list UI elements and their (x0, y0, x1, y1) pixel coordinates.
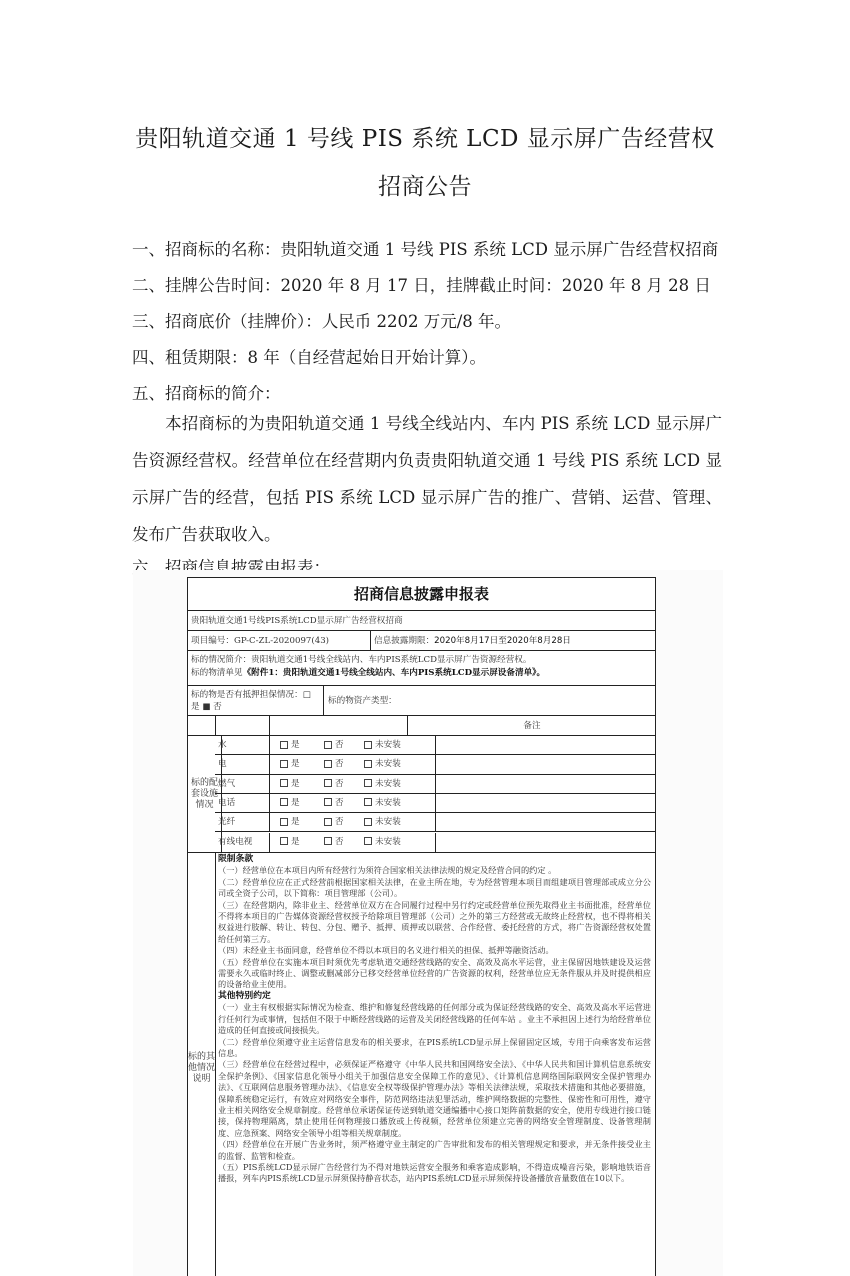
facility-row-fiber: 光纤 是 否 未安装 (215, 813, 655, 832)
facility-row-phone: 电话 是 否 未安装 (215, 794, 655, 813)
other-conditions-label-cell: 标的其他情况说明 (188, 852, 216, 1276)
form-remarks-header: 备注 (409, 716, 655, 736)
special-5: （五）PIS系统LCD显示屏广告经营行为不得对地铁运营安全服务和乘客造成影响，不… (218, 1162, 651, 1185)
facility-row-gas: 燃气 是 否 未安装 (215, 775, 655, 794)
checkbox-not-installed[interactable] (364, 818, 372, 826)
checkbox-no[interactable] (324, 779, 332, 787)
checkbox-yes[interactable] (280, 798, 288, 806)
facility-row-cable-tv: 有线电视 是 否 未安装 (215, 833, 655, 852)
checkbox-not-installed[interactable] (364, 837, 372, 845)
facility-row-electricity: 电 是 否 未安装 (215, 755, 655, 774)
item-name: 一、招商标的名称：贵阳轨道交通 1 号线 PIS 系统 LCD 显示屏广告经营权… (132, 236, 718, 260)
special-4: （四）经营单位在开展广告业务时，须严格遵守业主制定的广告审批和发布的相关管理规定… (218, 1139, 651, 1162)
other-conditions-block: 标的其他情况说明 限制条款 （一）经营单位在本项目内所有经营行为须符合国家相关法… (188, 852, 655, 1276)
form-intro-line2: 标的物清单见《附件1：贵阳轨道交通1号线全线站内、车内PIS系统LCD显示屏设备… (191, 667, 652, 680)
special-1: （一）业主有权根据实际情况为检查、维护和修复经营线路的任何部分或为保证经营线路的… (218, 1002, 651, 1036)
special-2: （二）经营单位须遵守业主运营信息发布的相关要求，在PIS系统LCD显示屏上保留固… (218, 1037, 651, 1060)
form-facility-header-row: 备注 (188, 716, 655, 736)
checkbox-yes[interactable] (280, 741, 288, 749)
form-mortgage-row: 标的物是否有抵押担保情况：□ 是 ■ 否 标的物资产类型： (188, 686, 655, 716)
restriction-2: （二）经营单位应在正式经营前根据国家相关法律，在业主所在地，专为经营管理本项目而… (218, 877, 651, 900)
form-mortgage-status: 标的物是否有抵押担保情况：□ 是 ■ 否 (191, 689, 319, 713)
checkbox-no[interactable] (324, 837, 332, 845)
document-subtitle: 招商公告 (0, 168, 850, 201)
item-base-price: 三、招商底价（挂牌价）：人民币 2202 万元/8 年。 (132, 308, 511, 332)
form-disclosure-period: 信息披露期限：2020年8月17日至2020年8月28日 (370, 631, 571, 650)
form-project-code: 项目编号：GP-C-ZL-2020097(43) (191, 631, 329, 651)
checkbox-not-installed[interactable] (364, 760, 372, 768)
checkbox-yes[interactable] (280, 837, 288, 845)
restrictions-heading: 限制条款 (218, 854, 651, 865)
special-heading: 其他特别约定 (218, 991, 651, 1002)
facility-row-water: 水 是 否 未安装 (215, 736, 655, 755)
checkbox-yes[interactable] (280, 818, 288, 826)
checkbox-no[interactable] (324, 741, 332, 749)
other-conditions-label: 标的其他情况说明 (188, 1052, 215, 1085)
document-title: 贵阳轨道交通 1 号线 PIS 系统 LCD 显示屏广告经营权 (0, 120, 850, 153)
restriction-1: （一）经营单位在本项目内所有经营行为须符合国家相关法律法规的规定及经营合同的约定… (218, 865, 651, 876)
checkbox-no[interactable] (324, 760, 332, 768)
restriction-4: （四）未经业主书面同意，经营单位不得以本项目的名义进行相关的担保、抵押等融资活动… (218, 945, 651, 956)
form-title: 招商信息披露申报表 (188, 578, 655, 611)
form-code-row: 项目编号：GP-C-ZL-2020097(43) 信息披露期限：2020年8月1… (188, 631, 655, 651)
form-project-name: 贵阳轨道交通1号线PIS系统LCD显示屏广告经营权招商 (188, 611, 655, 631)
item-intro-heading: 五、招商标的简介： (132, 380, 281, 404)
facilities-block: 标的配套设施情况 水 是 否 未安装 电 是 否 未安装 燃气 是 否 未安装 (188, 736, 655, 853)
checkbox-yes[interactable] (280, 760, 288, 768)
special-3: （三）经营单位在经营过程中，必须保证严格遵守《中华人民共和国网络安全法》、《中华… (218, 1059, 651, 1139)
checkbox-yes[interactable] (280, 779, 288, 787)
restriction-5: （五）经营单位在实施本项目时须优先考虑轨道交通经营线路的安全、高效及高水平运营，… (218, 957, 651, 991)
intro-paragraph: 本招商标的为贵阳轨道交通 1 号线全线站内、车内 PIS 系统 LCD 显示屏广… (132, 405, 722, 553)
item-listing-time: 二、挂牌公告时间：2020 年 8 月 17 日，挂牌截止时间：2020 年 8… (132, 272, 711, 296)
checkbox-no[interactable] (324, 798, 332, 806)
restriction-3: （三）在经营期内，除非业主、经营单位双方在合同履行过程中另行约定或经营单位预先取… (218, 900, 651, 946)
checkbox-not-installed[interactable] (364, 798, 372, 806)
checkbox-no[interactable] (324, 818, 332, 826)
form-intro-row: 标的情况简介：贵阳轨道交通1号线全线站内、车内PIS系统LCD显示屏广告资源经营… (188, 651, 655, 686)
form-asset-type: 标的物资产类型： (323, 686, 397, 715)
form-intro-line1: 标的情况简介：贵阳轨道交通1号线全线站内、车内PIS系统LCD显示屏广告资源经营… (191, 654, 652, 667)
checkbox-not-installed[interactable] (364, 741, 372, 749)
item-lease-term: 四、租赁期限：8 年（自经营起始日开始计算）。 (132, 344, 486, 368)
checkbox-not-installed[interactable] (364, 779, 372, 787)
other-conditions-text: 限制条款 （一）经营单位在本项目内所有经营行为须符合国家相关法律法规的规定及经营… (218, 854, 651, 1185)
disclosure-form-table: 招商信息披露申报表 贵阳轨道交通1号线PIS系统LCD显示屏广告经营权招商 项目… (187, 577, 656, 1276)
